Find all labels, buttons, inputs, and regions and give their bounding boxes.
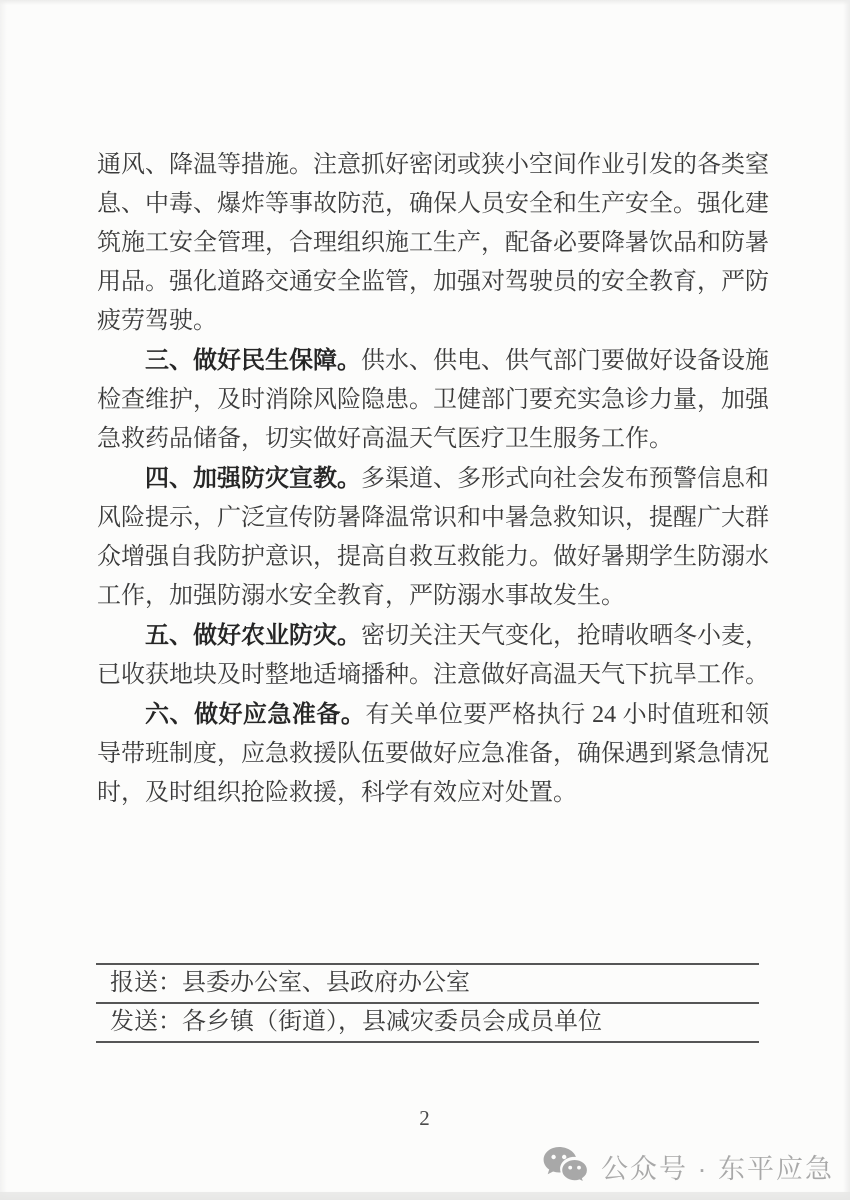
distribution-block: 报送：县委办公室、县政府办公室 发送：各乡镇（街道），县减灾委员会成员单位 <box>96 963 759 1043</box>
document-body: 通风、降温等措施。注意抓好密闭或狭小空间作业引发的各类窒息、中毒、爆炸等事故防范… <box>97 146 769 813</box>
wechat-watermark: 公众号 · 东平应急 <box>543 1146 834 1186</box>
paragraph-section-4: 四、加强防灾宣教。多渠道、多形式向社会发布预警信息和风险提示，广泛宣传防暑降温常… <box>97 459 769 616</box>
paragraph-section-5: 五、做好农业防灾。密切关注天气变化，抢晴收晒冬小麦，已收获地块及时整地适墒播种。… <box>97 616 769 695</box>
paragraph-text: 通风、降温等措施。注意抓好密闭或狭小空间作业引发的各类窒息、中毒、爆炸等事故防范… <box>97 152 769 334</box>
section-5-heading: 五、做好农业防灾。 <box>145 622 361 649</box>
section-3-heading: 三、做好民生保障。 <box>145 347 361 374</box>
watermark-text: 公众号 · 东平应急 <box>601 1147 834 1186</box>
distribution-report-text: 报送：县委办公室、县政府办公室 <box>110 970 470 996</box>
wechat-icon <box>543 1146 589 1186</box>
paragraph-continuation: 通风、降温等措施。注意抓好密闭或狭小空间作业引发的各类窒息、中毒、爆炸等事故防范… <box>97 146 769 341</box>
paragraph-section-6: 六、做好应急准备。有关单位要严格执行 24 小时值班和领导带班制度，应急救援队伍… <box>97 695 769 813</box>
page-number: 2 <box>0 1106 850 1131</box>
distribution-send-text: 发送：各乡镇（街道），县减灾委员会成员单位 <box>110 1009 602 1035</box>
document-page: 通风、降温等措施。注意抓好密闭或狭小空间作业引发的各类窒息、中毒、爆炸等事故防范… <box>0 0 850 1200</box>
scan-bottom-edge <box>0 1192 850 1200</box>
distribution-row-report: 报送：县委办公室、县政府办公室 <box>96 965 759 1004</box>
section-6-heading: 六、做好应急准备。 <box>145 701 365 728</box>
distribution-row-send: 发送：各乡镇（街道），县减灾委员会成员单位 <box>96 1004 759 1043</box>
section-4-heading: 四、加强防灾宣教。 <box>145 465 361 492</box>
paragraph-section-3: 三、做好民生保障。供水、供电、供气部门要做好设备设施检查维护，及时消除风险隐患。… <box>97 341 769 459</box>
